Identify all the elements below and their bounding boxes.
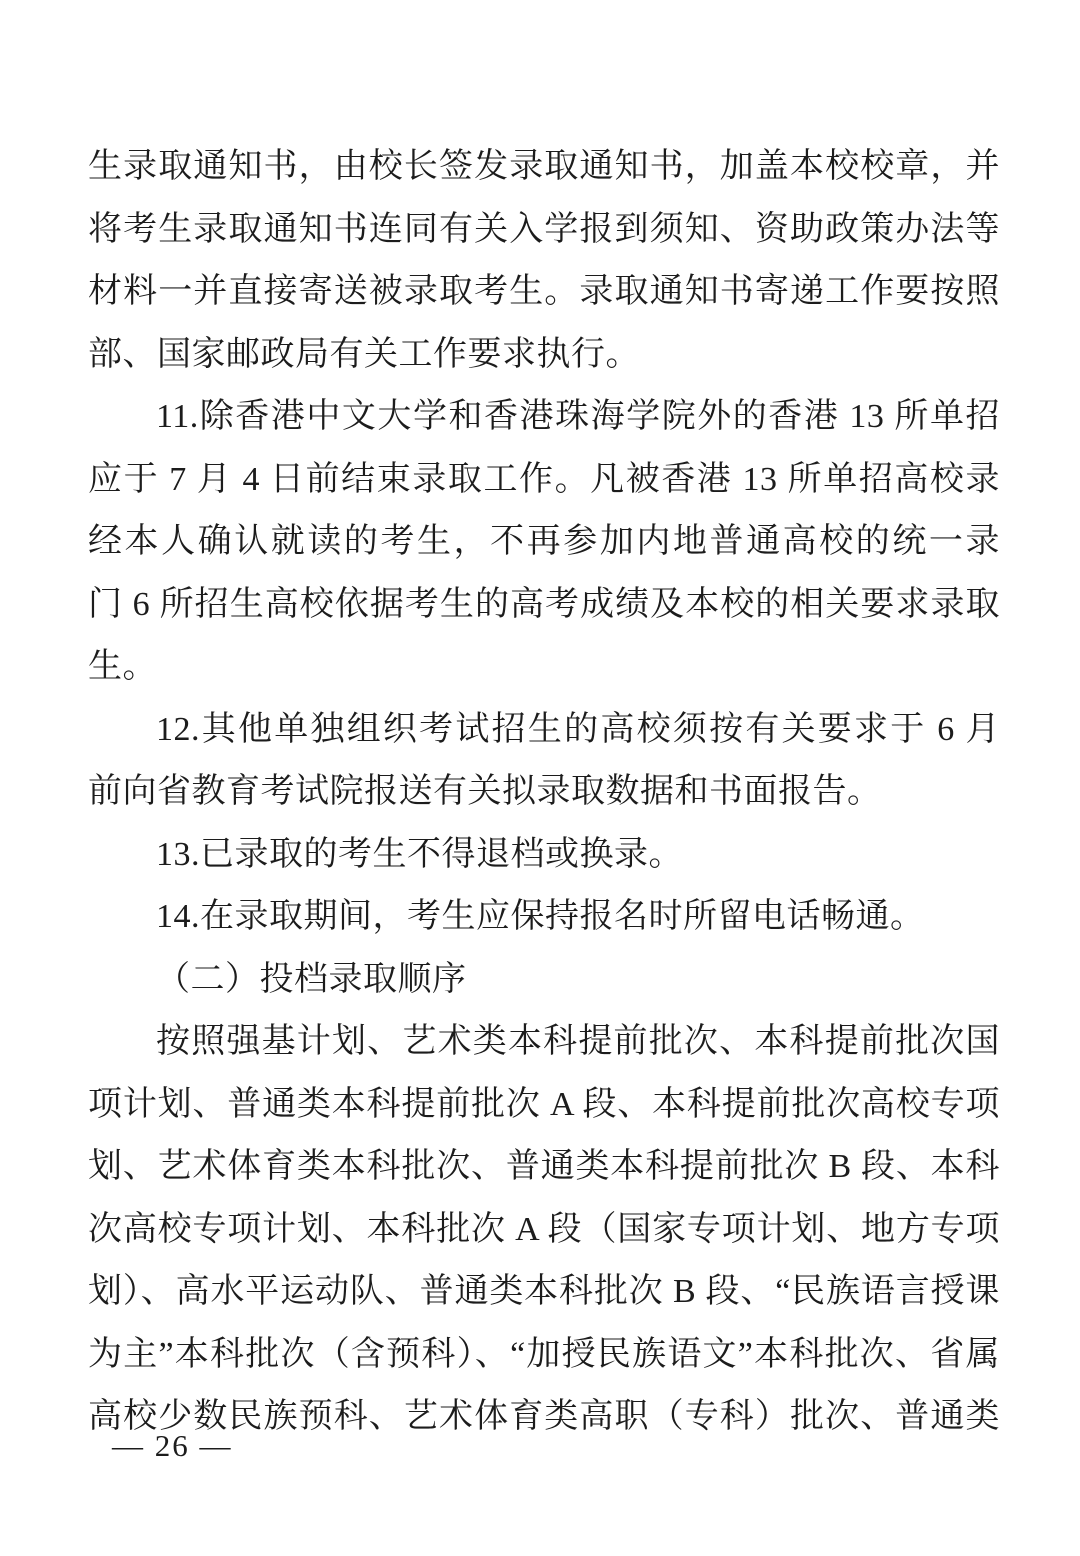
text-line: 11.除香港中文大学和香港珠海学院外的香港 13 所单招高校 (88, 386, 1000, 449)
text-line: 按照强基计划、艺术类本科提前批次、本科提前批次国家专 (88, 1011, 1000, 1074)
document-page: 生录取通知书，由校长签发录取通知书，加盖本校校章，并负责将考生录取通知书连同有关… (0, 0, 1080, 1556)
text-line: 将考生录取通知书连同有关入学报到须知、资助政策办法等相关 (88, 199, 1000, 262)
paragraph-6: 按照强基计划、艺术类本科提前批次、本科提前批次国家专项计划、普通类本科提前批次 … (88, 1011, 1000, 1449)
text-line: 生。 (88, 636, 1000, 699)
text-line: 12.其他单独组织考试招生的高校须按有关要求于 6 月 30 日 (88, 699, 1000, 762)
text-line: 前向省教育考试院报送有关拟录取数据和书面报告。 (88, 761, 1000, 824)
paragraph-1: 11.除香港中文大学和香港珠海学院外的香港 13 所单招高校应于 7 月 4 日… (88, 386, 1000, 699)
text-line: 14.在录取期间，考生应保持报名时所留电话畅通。 (88, 886, 1000, 949)
text-line: 划）、高水平运动队、普通类本科批次 B 段、“民族语言授课 (88, 1261, 1000, 1324)
paragraph-5: （二）投档录取顺序 (88, 949, 1000, 1012)
text-line: 为主”本科批次（含预科）、“加授民族语文”本科批次、省属 (88, 1324, 1000, 1387)
text-line: 部、国家邮政局有关工作要求执行。 (88, 324, 1000, 387)
paragraph-3: 13.已录取的考生不得退档或换录。 (88, 824, 1000, 887)
text-line: 13.已录取的考生不得退档或换录。 (88, 824, 1000, 887)
text-line: 划、艺术体育类本科批次、普通类本科提前批次 B 段、本科批 (88, 1136, 1000, 1199)
paragraph-2: 12.其他单独组织考试招生的高校须按有关要求于 6 月 30 日前向省教育考试院… (88, 699, 1000, 824)
text-line: （二）投档录取顺序 (88, 949, 1000, 1012)
document-body: 生录取通知书，由校长签发录取通知书，加盖本校校章，并负责将考生录取通知书连同有关… (88, 136, 1000, 1449)
text-line: 次高校专项计划、本科批次 A 段（国家专项计划、地方专项计 (88, 1199, 1000, 1262)
text-line: 经本人确认就读的考生，不再参加内地普通高校的统一录取。澳 (88, 511, 1000, 574)
text-line: 材料一并直接寄送被录取考生。录取通知书寄递工作要按照教育 (88, 261, 1000, 324)
text-line: 门 6 所招生高校依据考生的高考成绩及本校的相关要求录取新 (88, 574, 1000, 637)
paragraph-0: 生录取通知书，由校长签发录取通知书，加盖本校校章，并负责将考生录取通知书连同有关… (88, 136, 1000, 386)
page-number: — 26 — (112, 1428, 233, 1464)
text-line: 项计划、普通类本科提前批次 A 段、本科提前批次高校专项计 (88, 1074, 1000, 1137)
paragraph-4: 14.在录取期间，考生应保持报名时所留电话畅通。 (88, 886, 1000, 949)
text-line: 生录取通知书，由校长签发录取通知书，加盖本校校章，并负责 (88, 136, 1000, 199)
text-line: 应于 7 月 4 日前结束录取工作。凡被香港 13 所单招高校录取并 (88, 449, 1000, 512)
